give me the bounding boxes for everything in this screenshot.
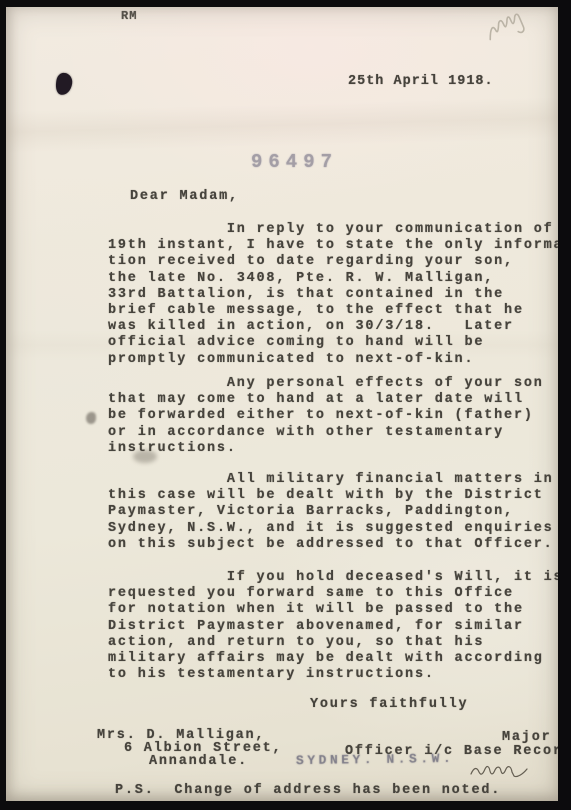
signer-rank: Major	[502, 730, 552, 745]
letter-line: In reply to your communication of	[108, 222, 558, 238]
letter-line: 33rd Battalion, is that contained in the	[108, 287, 558, 303]
letter-line: Paymaster, Victoria Barracks, Paddington…	[108, 504, 554, 520]
ink-blot	[55, 72, 74, 96]
paragraph-4: If you hold deceased's Will, it is reque…	[108, 570, 558, 683]
letter-line: requested you forward same to this Offic…	[108, 586, 558, 602]
letter-line: All military financial matters in	[108, 472, 554, 488]
letter-line: action, and return to you, so that his	[108, 635, 558, 651]
letter-line: District Paymaster abovenamed, for simil…	[108, 619, 558, 635]
scanned-letter-photo: RM 25th April 1918. 96497 Dear Madam, In…	[0, 0, 571, 810]
valediction: Yours faithfully	[310, 697, 468, 712]
paragraph-1: In reply to your communication of 19th i…	[108, 222, 558, 368]
letter-date: 25th April 1918.	[348, 74, 494, 89]
letter-line: to his testamentary instructions.	[108, 667, 558, 683]
postscript: P.S. Change of address has been noted.	[115, 783, 501, 798]
letter-line: military affairs may be dealt with accor…	[108, 651, 558, 667]
letter-line: be forwarded either to next-of-kin (fath…	[108, 408, 544, 424]
letter-line: If you hold deceased's Will, it is	[108, 570, 558, 586]
letter-line: on this subject be addressed to that Off…	[108, 537, 554, 553]
letter-line: official advice coming to hand will be	[108, 335, 558, 351]
paragraph-3: All military financial matters in this c…	[108, 472, 554, 553]
salutation: Dear Madam,	[130, 189, 239, 204]
letter-line: Sydney, N.S.W., and it is suggested enqu…	[108, 521, 554, 537]
routing-initials: RM	[121, 9, 137, 23]
letter-line: that may come to hand at a later date wi…	[108, 392, 544, 408]
registry-number-stamp: 96497	[251, 151, 338, 173]
letter-paper: RM 25th April 1918. 96497 Dear Madam, In…	[6, 7, 558, 801]
pencil-initials-mark	[481, 7, 531, 48]
letter-line: for notation when it will be passed to t…	[108, 602, 558, 618]
letter-line: the late No. 3408, Pte. R. W. Malligan,	[108, 271, 558, 287]
signer-title: Officer i/c Base Records	[345, 744, 558, 759]
letter-line: tion received to date regarding your son…	[108, 254, 558, 270]
letter-line: this case will be dealt with by the Dist…	[108, 488, 554, 504]
letter-line: promptly communicated to next-of-kin.	[108, 352, 558, 368]
letter-line: Any personal effects of your son	[108, 376, 544, 392]
letter-line: or in accordance with other testamentary	[108, 425, 544, 441]
ink-smudge	[133, 450, 157, 463]
recipient-suburb: Annandale.	[149, 754, 248, 769]
paragraph-2: Any personal effects of your son that ma…	[108, 376, 544, 457]
ink-smudge	[86, 412, 96, 424]
signature-mark	[468, 760, 530, 780]
letter-line: was killed in action, on 30/3/18. Later	[108, 319, 558, 335]
letter-content: RM 25th April 1918. 96497 Dear Madam, In…	[6, 7, 558, 801]
letter-line: brief cable message, to the effect that …	[108, 303, 558, 319]
paper-crease	[6, 97, 558, 154]
letter-line: instructions.	[108, 441, 544, 457]
letter-line: 19th instant, I have to state the only i…	[108, 238, 558, 254]
